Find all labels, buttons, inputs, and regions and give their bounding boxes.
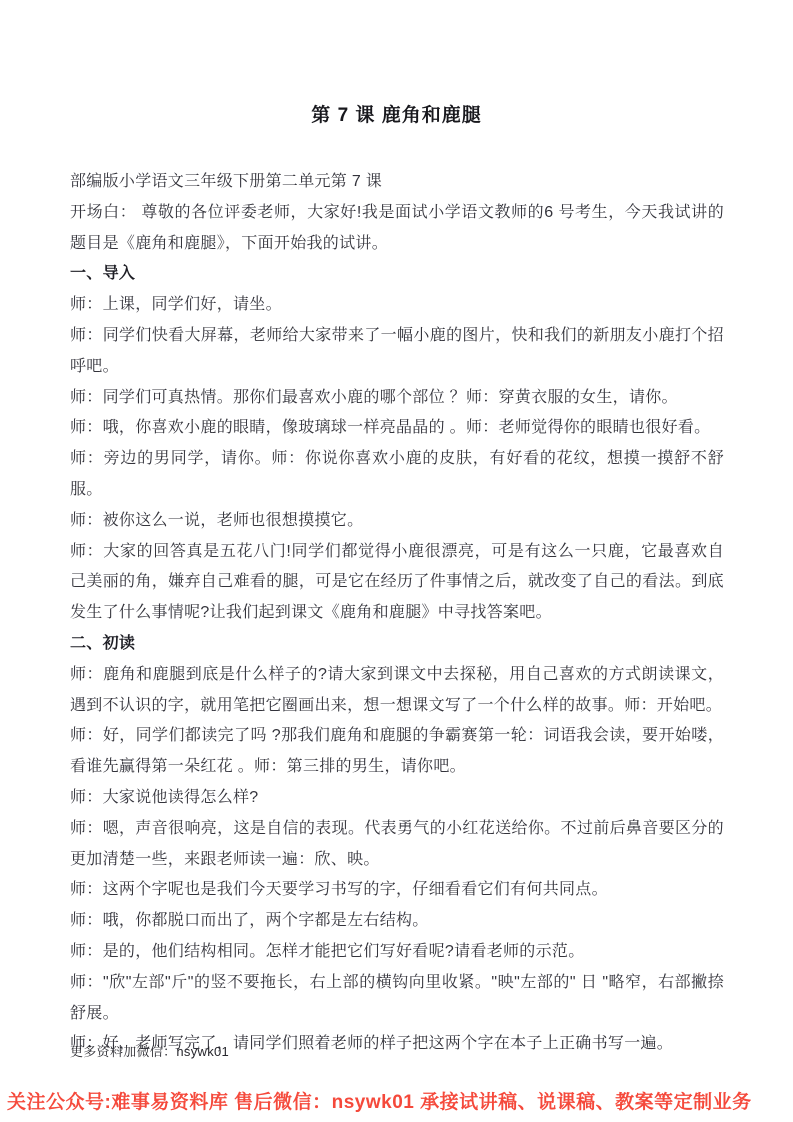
opening-remarks: 开场白： 尊敬的各位评委老师，大家好!我是面试小学语文教师的6 号考生，今天我试… xyxy=(70,198,724,260)
dialogue-line: 师：是的，他们结构相同。怎样才能把它们写好看呢?请看老师的示范。 xyxy=(70,937,724,968)
dialogue-line: 师：大家说他读得怎么样? xyxy=(70,783,724,814)
dialogue-line: 师：哦，你喜欢小鹿的眼睛，像玻璃球一样亮晶晶的 。师：老师觉得你的眼睛也很好看。 xyxy=(70,413,724,444)
document-page: 第 7 课 鹿角和鹿腿 部编版小学语文三年级下册第二单元第 7 课 开场白： 尊… xyxy=(0,0,793,1122)
document-body: 部编版小学语文三年级下册第二单元第 7 课 开场白： 尊敬的各位评委老师，大家好… xyxy=(70,167,724,1060)
page-title: 第 7 课 鹿角和鹿腿 xyxy=(0,100,793,127)
dialogue-line: 师：这两个字呢也是我们今天要学习书写的字，仔细看看它们有何共同点。 xyxy=(70,875,724,906)
section-heading-chudu: 二、初读 xyxy=(70,629,724,660)
section-heading-daoru: 一、导入 xyxy=(70,259,724,290)
dialogue-line: 师：好，同学们都读完了吗 ?那我们鹿角和鹿腿的争霸赛第一轮：词语我会读，要开始喽… xyxy=(70,721,724,783)
lesson-meta: 部编版小学语文三年级下册第二单元第 7 课 xyxy=(70,167,724,198)
dialogue-line: 师：大家的回答真是五花八门!同学们都觉得小鹿很漂亮，可是有这么一只鹿，它最喜欢自… xyxy=(70,537,724,629)
dialogue-line: 师：同学们可真热情。那你们最喜欢小鹿的哪个部位 ？师：穿黄衣服的女生，请你。 xyxy=(70,383,724,414)
wechat-note: 更多资料加微信：nsywk01 xyxy=(70,1041,229,1060)
dialogue-line: 师：哦，你都脱口而出了，两个字都是左右结构。 xyxy=(70,906,724,937)
dialogue-line: 师：旁边的男同学，请你。师：你说你喜欢小鹿的皮肤，有好看的花纹，想摸一摸舒不舒服… xyxy=(70,444,724,506)
dialogue-line: 师：上课，同学们好，请坐。 xyxy=(70,290,724,321)
dialogue-line: 师：同学们快看大屏幕，老师给大家带来了一幅小鹿的图片，快和我们的新朋友小鹿打个招… xyxy=(70,321,724,383)
dialogue-line: 师：被你这么一说，老师也很想摸摸它。 xyxy=(70,506,724,537)
dialogue-line: 师：鹿角和鹿腿到底是什么样子的?请大家到课文中去探秘，用自己喜欢的方式朗读课文，… xyxy=(70,660,724,722)
dialogue-line: 师："欣"左部"斤"的竖不要拖长，右上部的横钩向里收紧。"映"左部的" 日 "略… xyxy=(70,968,724,1030)
dialogue-line: 师：嗯，声音很响亮，这是自信的表现。代表勇气的小红花送给你。不过前后鼻音要区分的… xyxy=(70,814,724,876)
promo-banner: 关注公众号:难事易资料库 售后微信：nsywk01 承接试讲稿、说课稿、教案等定… xyxy=(0,1081,793,1122)
